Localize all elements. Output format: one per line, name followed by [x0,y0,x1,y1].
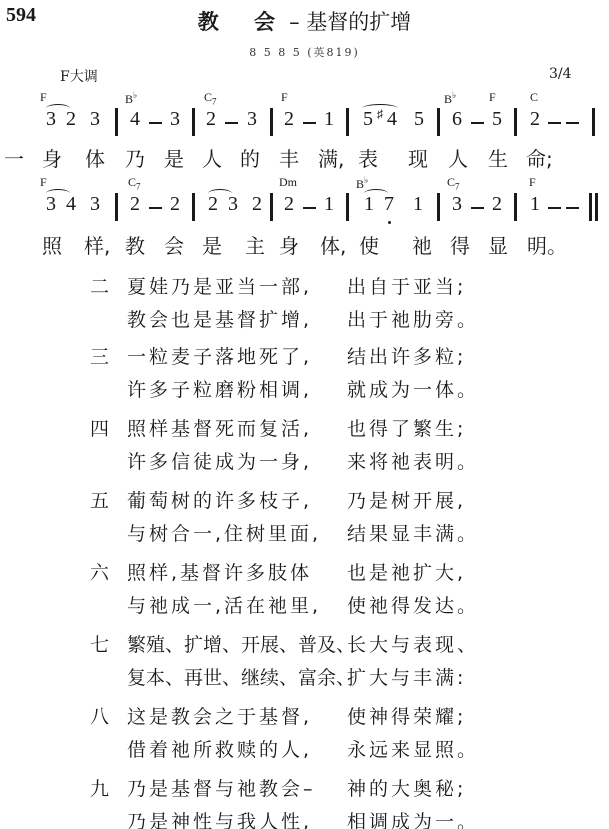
verse-line: 出自于亚当; [347,272,466,299]
chord: C [530,90,538,105]
lyric: 现 [408,143,428,172]
verse-line: 照样基督死而复活, [127,414,312,441]
verse-line: 一粒麦子落地死了, [127,342,312,369]
lyrics-line-2: 照 样, 教 会 是 主 身 体, 使 祂 得 显 明。 [0,230,609,260]
dash [471,122,484,124]
bar-line [592,108,595,136]
verse-number: 二 [90,272,109,299]
verse-line: 许多信徒成为一身, [127,447,312,474]
verse-line: 复本、再世、继续、富余、 [127,663,355,690]
note: 2 [128,193,142,216]
note: 3 [168,108,182,131]
verse-line: 许多子粒磨粉相调, [127,375,312,402]
score-line-1: F B♭ C7 F B♭ F C 3 2 3 4 3 2 3 2 1 5 ♯ 4… [0,90,609,134]
verse-line: 与祂成一,活在祂里, [127,591,321,618]
title-sub: – 基督的扩增 [289,10,411,34]
dash [566,122,579,124]
note: 3 [88,193,102,216]
lyric: 生 [488,143,508,172]
note: 7 [382,193,396,216]
chord: C7 [128,175,141,191]
chord: C7 [447,175,460,191]
note: 4 [385,108,399,131]
chord: C7 [204,90,217,106]
key-signature: F大调 [60,66,98,86]
verse-line: 也是祂扩大, [347,558,466,585]
meter: 8 5 8 5 (英819) [0,44,609,60]
lyric: 人 [448,143,468,172]
bar-line [192,193,195,221]
note: 2 [250,193,264,216]
note: 1 [322,108,336,131]
bar-line [270,108,273,136]
chord: Dm [279,175,297,190]
bar-line [346,108,349,136]
lyric: 会 [164,230,184,259]
lyric: 样, [84,230,110,259]
verse-line: 与树合一,住树里面, [127,519,321,546]
verse-number: 四 [90,414,109,441]
verse-line: 借着祂所救赎的人, [127,735,312,762]
note: 3 [88,108,102,131]
dash [548,122,561,124]
note: 3 [245,108,259,131]
score-line-2: F C7 Dm B♭ C7 F 3 4 3 2 2 2 3 2 2 1 1 7 … [0,175,609,219]
lyric: 体 [85,143,105,172]
verse-line: 夏娃乃是亚当一部, [127,272,312,299]
dash [471,207,484,209]
chord: F [489,90,496,105]
bar-line [437,193,440,221]
verse-line: 乃是树开展, [347,486,466,513]
lyric: 照 [42,230,62,259]
dash [548,207,561,209]
verse-number: 八 [90,702,109,729]
lyric: 丰 [279,143,299,172]
lyric: 教 [125,230,145,259]
lyric: 身 [279,230,299,259]
verse-line: 就成为一体。 [347,375,479,402]
lyric: 体, [320,230,346,259]
verse-line: 来将祂表明。 [347,447,479,474]
dash [303,207,316,209]
lyric: 身 [42,143,62,172]
verse-line: 乃是神性与我人性, [127,807,312,829]
verse-line: 繁殖、扩增、开展、普及、 [127,630,355,657]
final-bar-line [589,193,598,221]
bar-line [115,108,118,136]
bar-line [270,193,273,221]
note: 4 [128,108,142,131]
note: 4 [64,193,78,216]
chord: B♭ [125,90,137,107]
note: 2 [64,108,78,131]
verse-line: 使祂得发达。 [347,591,479,618]
verse-number: 九 [90,774,109,801]
note: 1 [528,193,542,216]
verse-number: 三 [90,342,109,369]
lyric: 人 [202,143,222,172]
verse-line: 照样,基督许多肢体 [127,558,312,585]
chord: F [529,175,536,190]
verse-line: 扩大与丰满: [347,663,466,690]
verse-line: 出于祂肋旁。 [347,305,479,332]
verse-line: 乃是基督与祂教会– [127,774,316,801]
bar-line [514,108,517,136]
lyric: 一 [4,143,24,172]
dash [303,122,316,124]
time-signature: 3/4 [549,66,572,82]
verse-line: 教会也是基督扩增, [127,305,312,332]
verse-line: 长大与表现、 [347,630,479,657]
note: 5 [412,108,426,131]
verse-number: 五 [90,486,109,513]
lyric: 祂 [412,230,432,259]
lyric: 主 [245,230,265,259]
note: 3 [450,193,464,216]
lyric: 满, [318,143,344,172]
note: 2 [528,108,542,131]
dash [149,207,162,209]
dash [566,207,579,209]
verse-line: 也得了繁生; [347,414,466,441]
lyric: 明。 [527,230,567,259]
title-main: 教 会 [198,10,289,34]
bar-line [115,193,118,221]
note: 1 [411,193,425,216]
lyric: 表 [358,143,378,172]
note: 3 [44,108,58,131]
lyric: 乃 [125,143,145,172]
verse-line: 相调成为一。 [347,807,479,829]
chord: F [281,90,288,105]
hymn-title: 教 会– 基督的扩增 [0,6,609,36]
dash [225,122,238,124]
note: 2 [168,193,182,216]
lyric: 命; [526,143,553,172]
verse-line: 永远来显照。 [347,735,479,762]
chord: B♭ [444,90,456,107]
note: 5 [361,108,375,131]
note: 2 [204,108,218,131]
note: 3 [44,193,58,216]
lyric: 显 [488,230,508,259]
low-octave-dot [388,221,391,224]
lyric: 使 [359,230,379,259]
verse-number: 七 [90,630,109,657]
lyric: 得 [450,230,470,259]
note: 6 [450,108,464,131]
dash [149,122,162,124]
lyrics-line-1: 一 身 体 乃 是 人 的 丰 满, 表 现 人 生 命; [0,143,609,173]
verse-line: 结果显丰满。 [347,519,479,546]
bar-line [514,193,517,221]
verse-line: 结出许多粒; [347,342,466,369]
note: 2 [282,193,296,216]
verse-line: 神的大奥秘; [347,774,466,801]
chord: F [40,90,47,105]
verse-line: 这是教会之于基督, [127,702,312,729]
bar-line [192,108,195,136]
bar-line [346,193,349,221]
note: 2 [206,193,220,216]
verse-line: 葡萄树的许多枝子, [127,486,312,513]
lyric: 的 [240,143,260,172]
lyric: 是 [202,230,222,259]
note: 1 [362,193,376,216]
chord: F [40,175,47,190]
note: 2 [282,108,296,131]
sharp-icon: ♯ [377,107,383,122]
note: 5 [490,108,504,131]
note: 1 [322,193,336,216]
verse-number: 六 [90,558,109,585]
verse-line: 使神得荣耀; [347,702,466,729]
bar-line [437,108,440,136]
lyric: 是 [164,143,184,172]
note: 3 [226,193,240,216]
note: 2 [490,193,504,216]
